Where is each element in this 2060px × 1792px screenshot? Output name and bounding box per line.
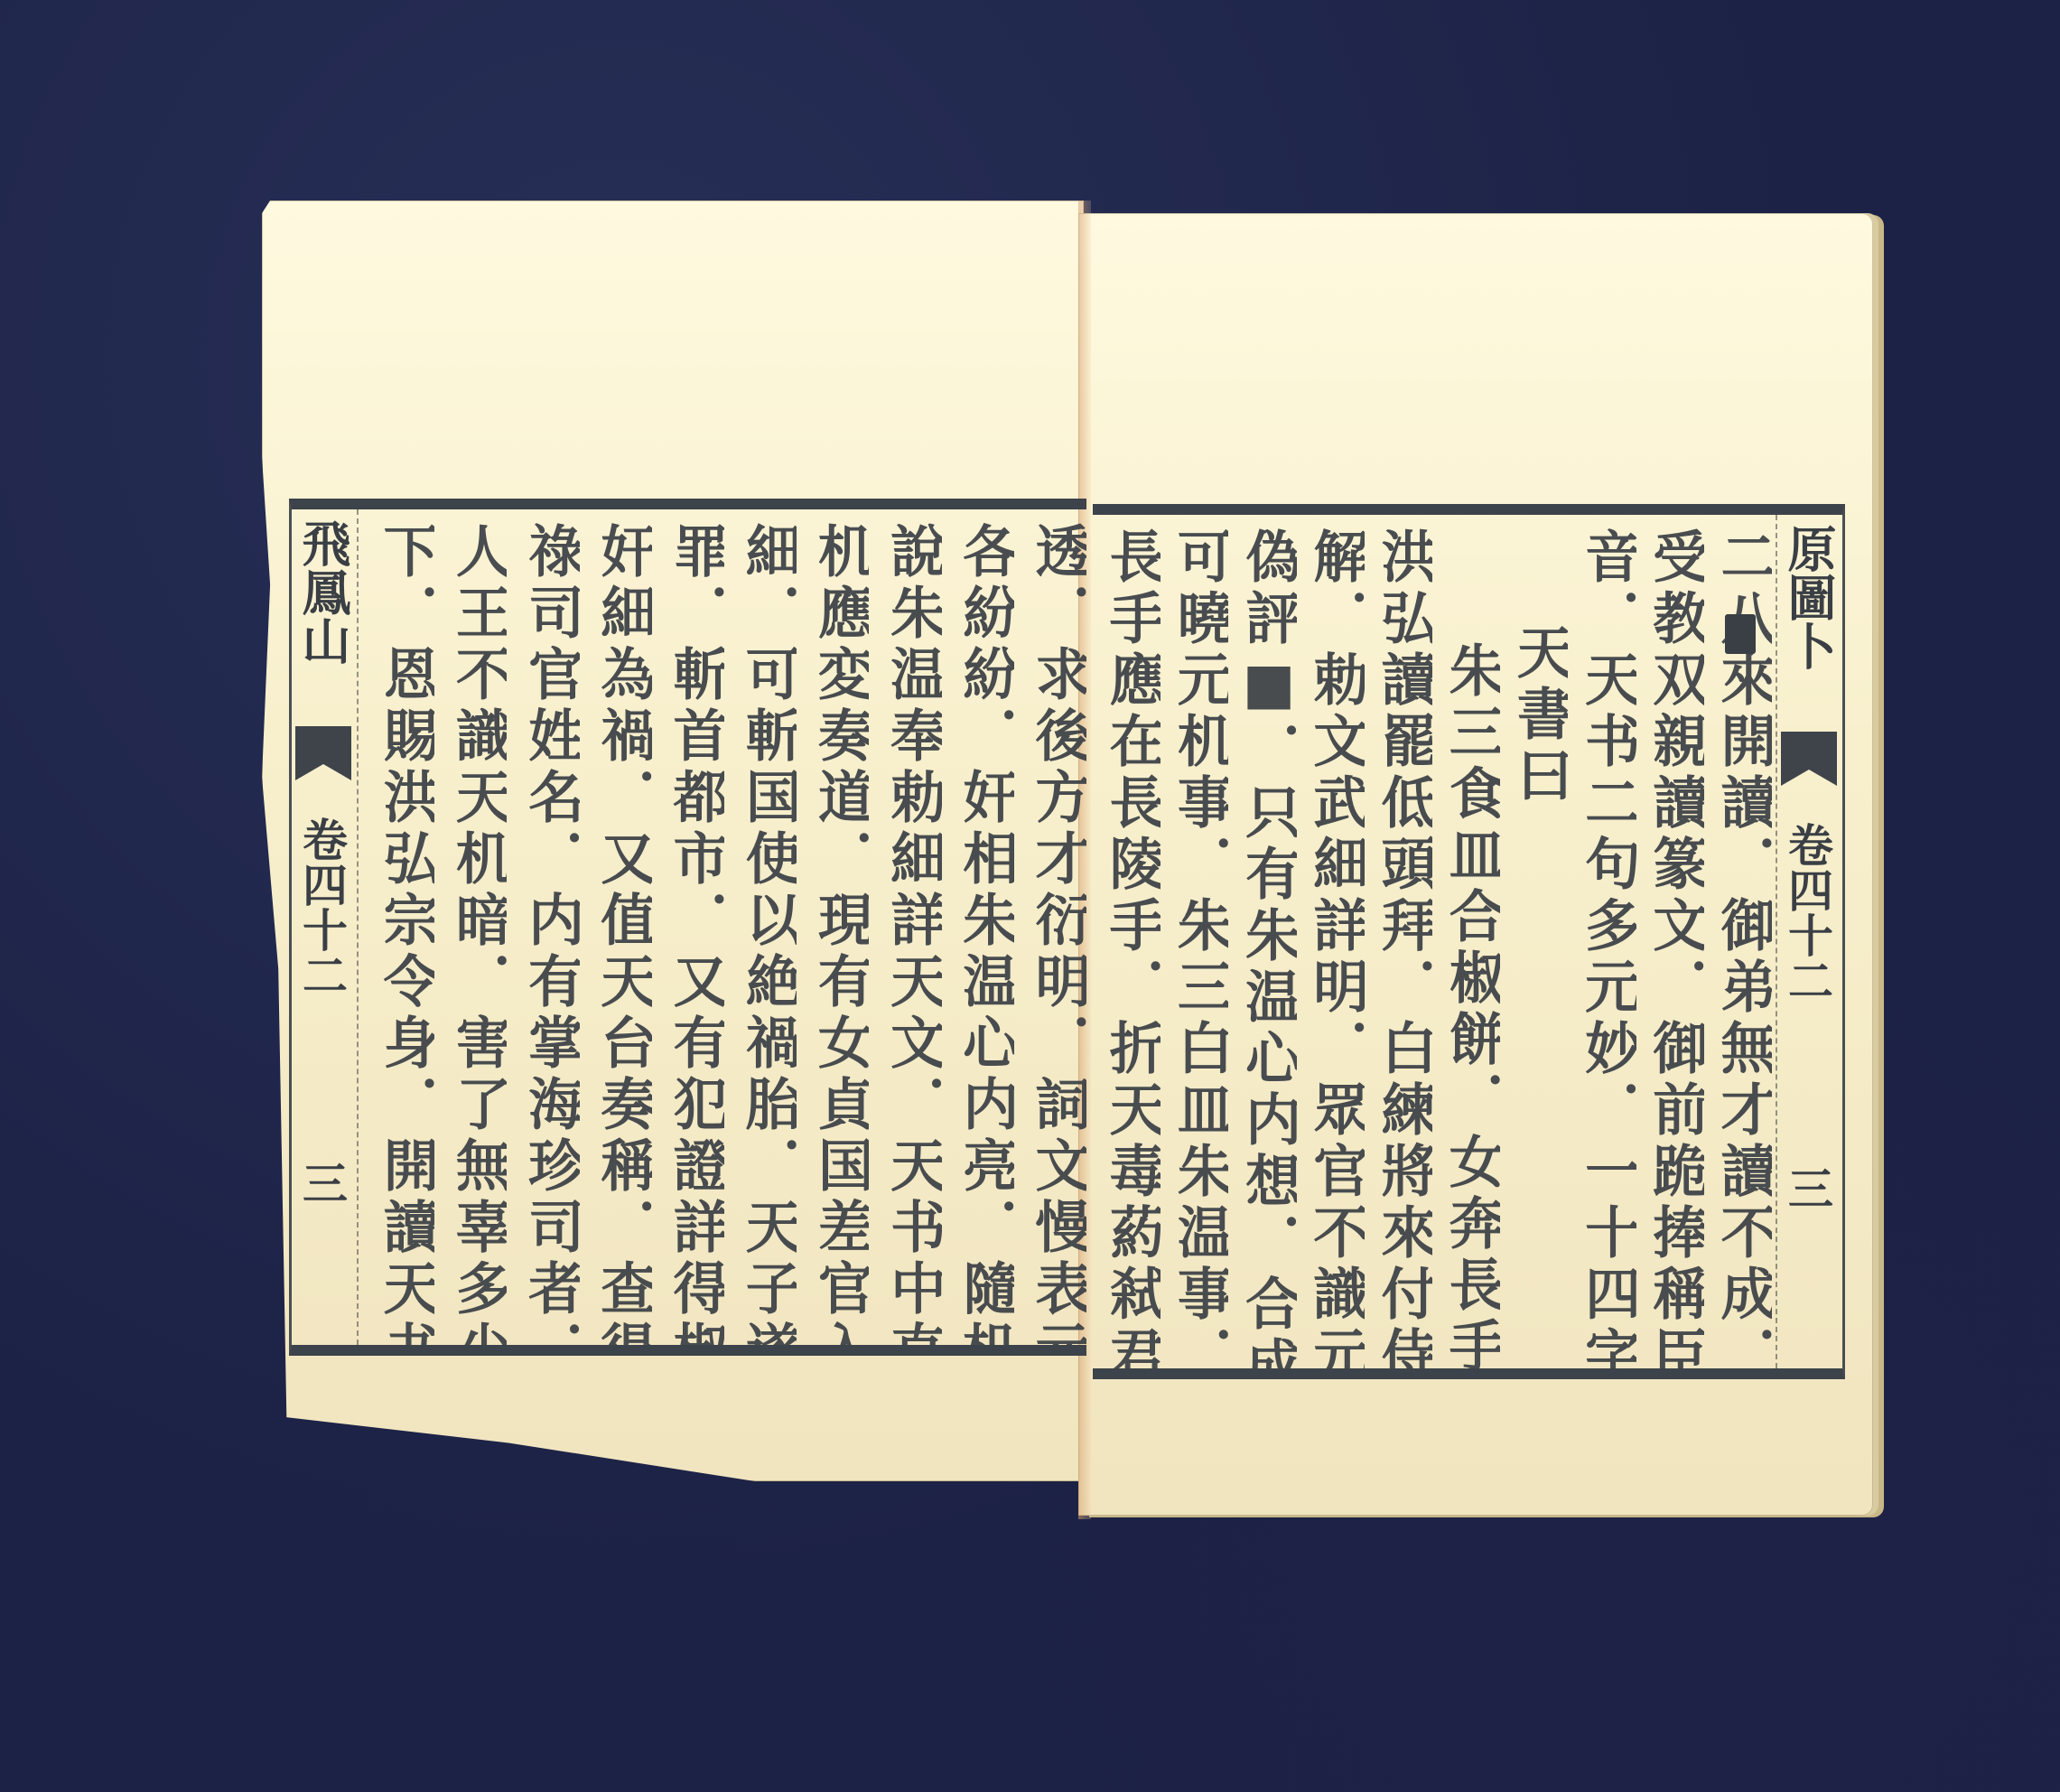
text-column: 可曉元机事．朱三白皿朱温事．女奔正是风妃身: [1160, 515, 1228, 1368]
text-column: 朱三食皿合椒餅．女奔長手折天頂: [1432, 515, 1500, 1368]
text-column: 机應変奏道．現有女貞国差官入貢．正同女夷恐有奸: [797, 509, 869, 1345]
text-column-heading: 天書曰: [1500, 515, 1568, 1368]
text-column: 祿司官姓名．内有掌海珍司者．姓朱名意．亦以罷賜死: [507, 509, 579, 1345]
banxin-juan: 卷四十二: [1785, 822, 1830, 1003]
right-page-columns: 二八來開讀．御弟無才讀不成．洪弘宗令灵妃子 受教双親讀篆文．御前跪捧稱臣識．當殿…: [1093, 515, 1772, 1368]
text-column: 說朱温奉勅細詳天文．天书中直指姬家．恐人参透隨: [869, 509, 941, 1345]
fishtail-mark-icon: [295, 726, 351, 780]
text-column: 奸細為禍．又值天台奏稱．查得朱姓者犯上帝．勅查光: [580, 509, 652, 1345]
text-column: 透．求後方才衍明．詞文慢表元机事．花臣言下: [1014, 509, 1086, 1345]
banxin-folio: 三: [299, 1160, 344, 1205]
text-column: 偽評■．只有朱温心内想．合成毒葯在家門．看官: [1228, 515, 1296, 1368]
text-column: 洪弘讀罷低頭拜．白練將來付侍臣．君王听了难詳: [1365, 515, 1432, 1368]
left-banxin: 飛鳳山 卷四十二 三: [292, 509, 359, 1345]
text-column: 人王不識天机暗．害了無辜多少人．君王賞罰因時: [434, 509, 507, 1345]
left-page-text-block: 飛鳳山 卷四十二 三 透．求後方才衍明．詞文慢表元机事．花臣言下 各紛紛．奸相朱…: [289, 499, 1086, 1356]
text-column: 音．天书二句多元妙．一十四字寫分明: [1568, 515, 1636, 1368]
text-column: 罪．斬首都市．又有犯證詳得椒餅二字．恐光祿司中有: [652, 509, 724, 1345]
open-book: 原圖卜 卷四十二 三 二八來開讀．御弟無才讀不成．洪弘宗令灵妃子 受教双親讀篆文…: [262, 201, 1888, 1564]
text-column: 各紛紛．奸相朱温心内亮．隨机應変哄於人: [942, 509, 1014, 1345]
text-column: 下．恩賜洪弘宗令身．開讀天书才出眾．要袍内罩: [362, 509, 434, 1345]
banxin-title: 原圖卜: [1785, 524, 1833, 670]
banxin-juan: 卷四十二: [299, 817, 344, 997]
banxin-folio: 三: [1785, 1165, 1830, 1210]
right-page-text-block: 原圖卜 卷四十二 三 二八來開讀．御弟無才讀不成．洪弘宗令灵妃子 受教双親讀篆文…: [1093, 504, 1845, 1379]
ink-blot-icon: [1725, 614, 1756, 654]
left-page-columns: 透．求後方才衍明．詞文慢表元机事．花臣言下 各紛紛．奸相朱温心内亮．隨机應変哄於…: [362, 509, 1086, 1345]
fishtail-mark-icon: [1781, 732, 1837, 786]
right-banxin: 原圖卜 卷四十二 三: [1776, 515, 1842, 1368]
text-column: 解．勅文武細詳明．眾官不識元机妙．御前胡亂: [1297, 515, 1365, 1368]
banxin-title: 飛鳳山: [299, 518, 348, 665]
text-column: 長手應在長陵手．折天毒葯弒君身．元妙當時恭不: [1093, 515, 1160, 1368]
text-column: 受教双親讀篆文．御前跪捧稱臣識．當殿開讀吐清: [1636, 515, 1704, 1368]
text-column: 細．可斬国使以絶禍胎．天子遂信．次日坐使臣失仪之: [724, 509, 797, 1345]
